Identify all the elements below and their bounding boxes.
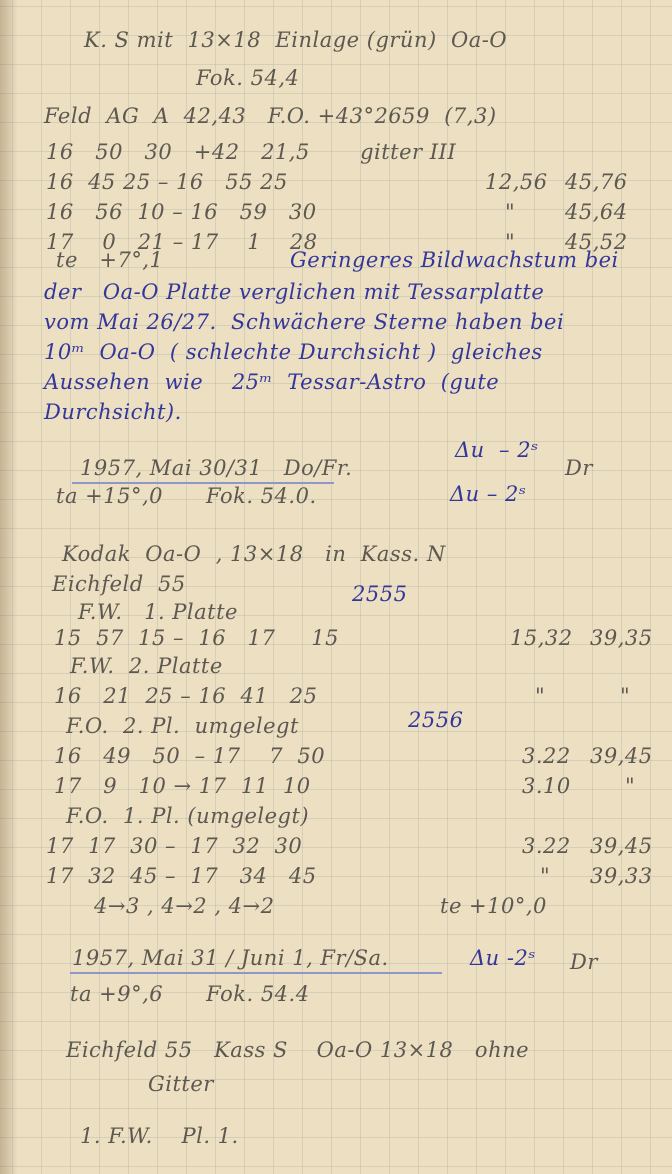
notebook-page: K. S mit 13×18 Einlage (grün) Oa-OFok. 5…: [0, 0, 672, 1174]
pencil-note-line: 16 56 10 – 16 59 30: [46, 202, 317, 223]
pencil-note-line: Dr: [565, 458, 593, 479]
pencil-note-line: Eichfeld 55: [52, 574, 186, 595]
pencil-note-line: Fok. 54,4: [196, 68, 299, 89]
pencil-note-line: ": [620, 686, 630, 707]
ink-note-line: der Oa-O Platte verglichen mit Tessarpla…: [44, 282, 544, 303]
pencil-note-line: 17 9 10 → 17 11 10: [54, 776, 311, 797]
ink-note-line: Δu – 2ˢ: [455, 440, 539, 461]
pencil-note-line: 3.22: [522, 746, 571, 767]
pencil-note-line: 39,35: [590, 628, 653, 649]
pencil-note-line: F.O. 2. Pl. umgelegt: [66, 716, 299, 737]
pencil-note-line: ": [625, 776, 635, 797]
pencil-note-line: 17 17 30 – 17 32 30: [46, 836, 302, 857]
pencil-note-line: ": [535, 686, 545, 707]
pencil-note-line: 39,45: [590, 746, 653, 767]
pencil-note-line: F.W. 1. Platte: [78, 602, 238, 623]
ink-note-line: 2556: [408, 710, 463, 731]
ink-note-line: Δu – 2ˢ: [450, 484, 526, 505]
pencil-note-line: 4→3 , 4→2 , 4→2: [94, 896, 275, 917]
pencil-note-line: ta +9°,6 Fok. 54.4: [70, 984, 310, 1005]
pencil-note-line: K. S mit 13×18 Einlage (grün) Oa-O: [84, 30, 507, 51]
ink-note-line: 2555: [352, 584, 407, 605]
ink-note-line: vom Mai 26/27. Schwächere Sterne haben b…: [44, 312, 564, 333]
pencil-note-line: 45,64: [565, 202, 628, 223]
pencil-note-line: Gitter: [148, 1074, 214, 1095]
pencil-note-line: Kodak Oa-O , 13×18 in Kass. N: [62, 544, 446, 565]
pencil-note-line: F.O. 1. Pl. (umgelegt): [66, 806, 309, 827]
ink-note-line: Geringeres Bildwachstum bei: [290, 250, 619, 271]
pencil-note-line: te +7°,1: [56, 250, 163, 271]
pencil-note-line: 16 50 30 +42 21,5 gitter III: [46, 142, 456, 163]
pencil-note-line: 39,45: [590, 836, 653, 857]
ink-note-line: Δu -2ˢ: [470, 948, 536, 969]
pencil-note-line: 3.10: [522, 776, 571, 797]
pencil-note-line: Dr: [570, 952, 598, 973]
pencil-note-line: te +10°,0: [440, 896, 547, 917]
pencil-note-line: 3.22: [522, 836, 571, 857]
ink-note-line: Aussehen wie 25ᵐ Tessar-Astro (gute: [44, 372, 499, 393]
pencil-note-line: 17 32 45 – 17 34 45: [46, 866, 317, 887]
pencil-note-line: 1. F.W. Pl. 1.: [80, 1126, 239, 1147]
date-underline-2: [70, 972, 442, 974]
pencil-note-line: 16 49 50 – 17 7 50: [54, 746, 325, 767]
pencil-note-line: Feld AG A 42,43 F.O. +43°2659 (7,3): [44, 106, 497, 127]
ink-note-line: 10ᵐ Oa-O ( schlechte Durchsicht ) gleich…: [44, 342, 543, 363]
pencil-note-line: 45,76: [565, 172, 628, 193]
pencil-note-line: 15 57 15 – 16 17 15: [54, 628, 339, 649]
pencil-note-line: Eichfeld 55 Kass S Oa-O 13×18 ohne: [66, 1040, 529, 1061]
pencil-note-line: ": [540, 866, 550, 887]
pencil-note-line: 16 21 25 – 16 41 25: [54, 686, 317, 707]
pencil-note-line: 15,32: [510, 628, 573, 649]
pencil-note-line: 39,33: [590, 866, 653, 887]
pencil-note-line: ": [505, 202, 515, 223]
pencil-note-line: ta +15°,0 Fok. 54.0.: [56, 486, 317, 507]
pencil-note-line: F.W. 2. Platte: [70, 656, 223, 677]
pencil-note-line: 1957, Mai 30/31 Do/Fr.: [80, 458, 352, 479]
pencil-note-line: 12,56: [485, 172, 548, 193]
pencil-note-line: 1957, Mai 31 / Juni 1, Fr/Sa.: [72, 948, 389, 969]
ink-note-line: Durchsicht).: [44, 402, 182, 423]
pencil-note-line: 16 45 25 – 16 55 25: [46, 172, 288, 193]
